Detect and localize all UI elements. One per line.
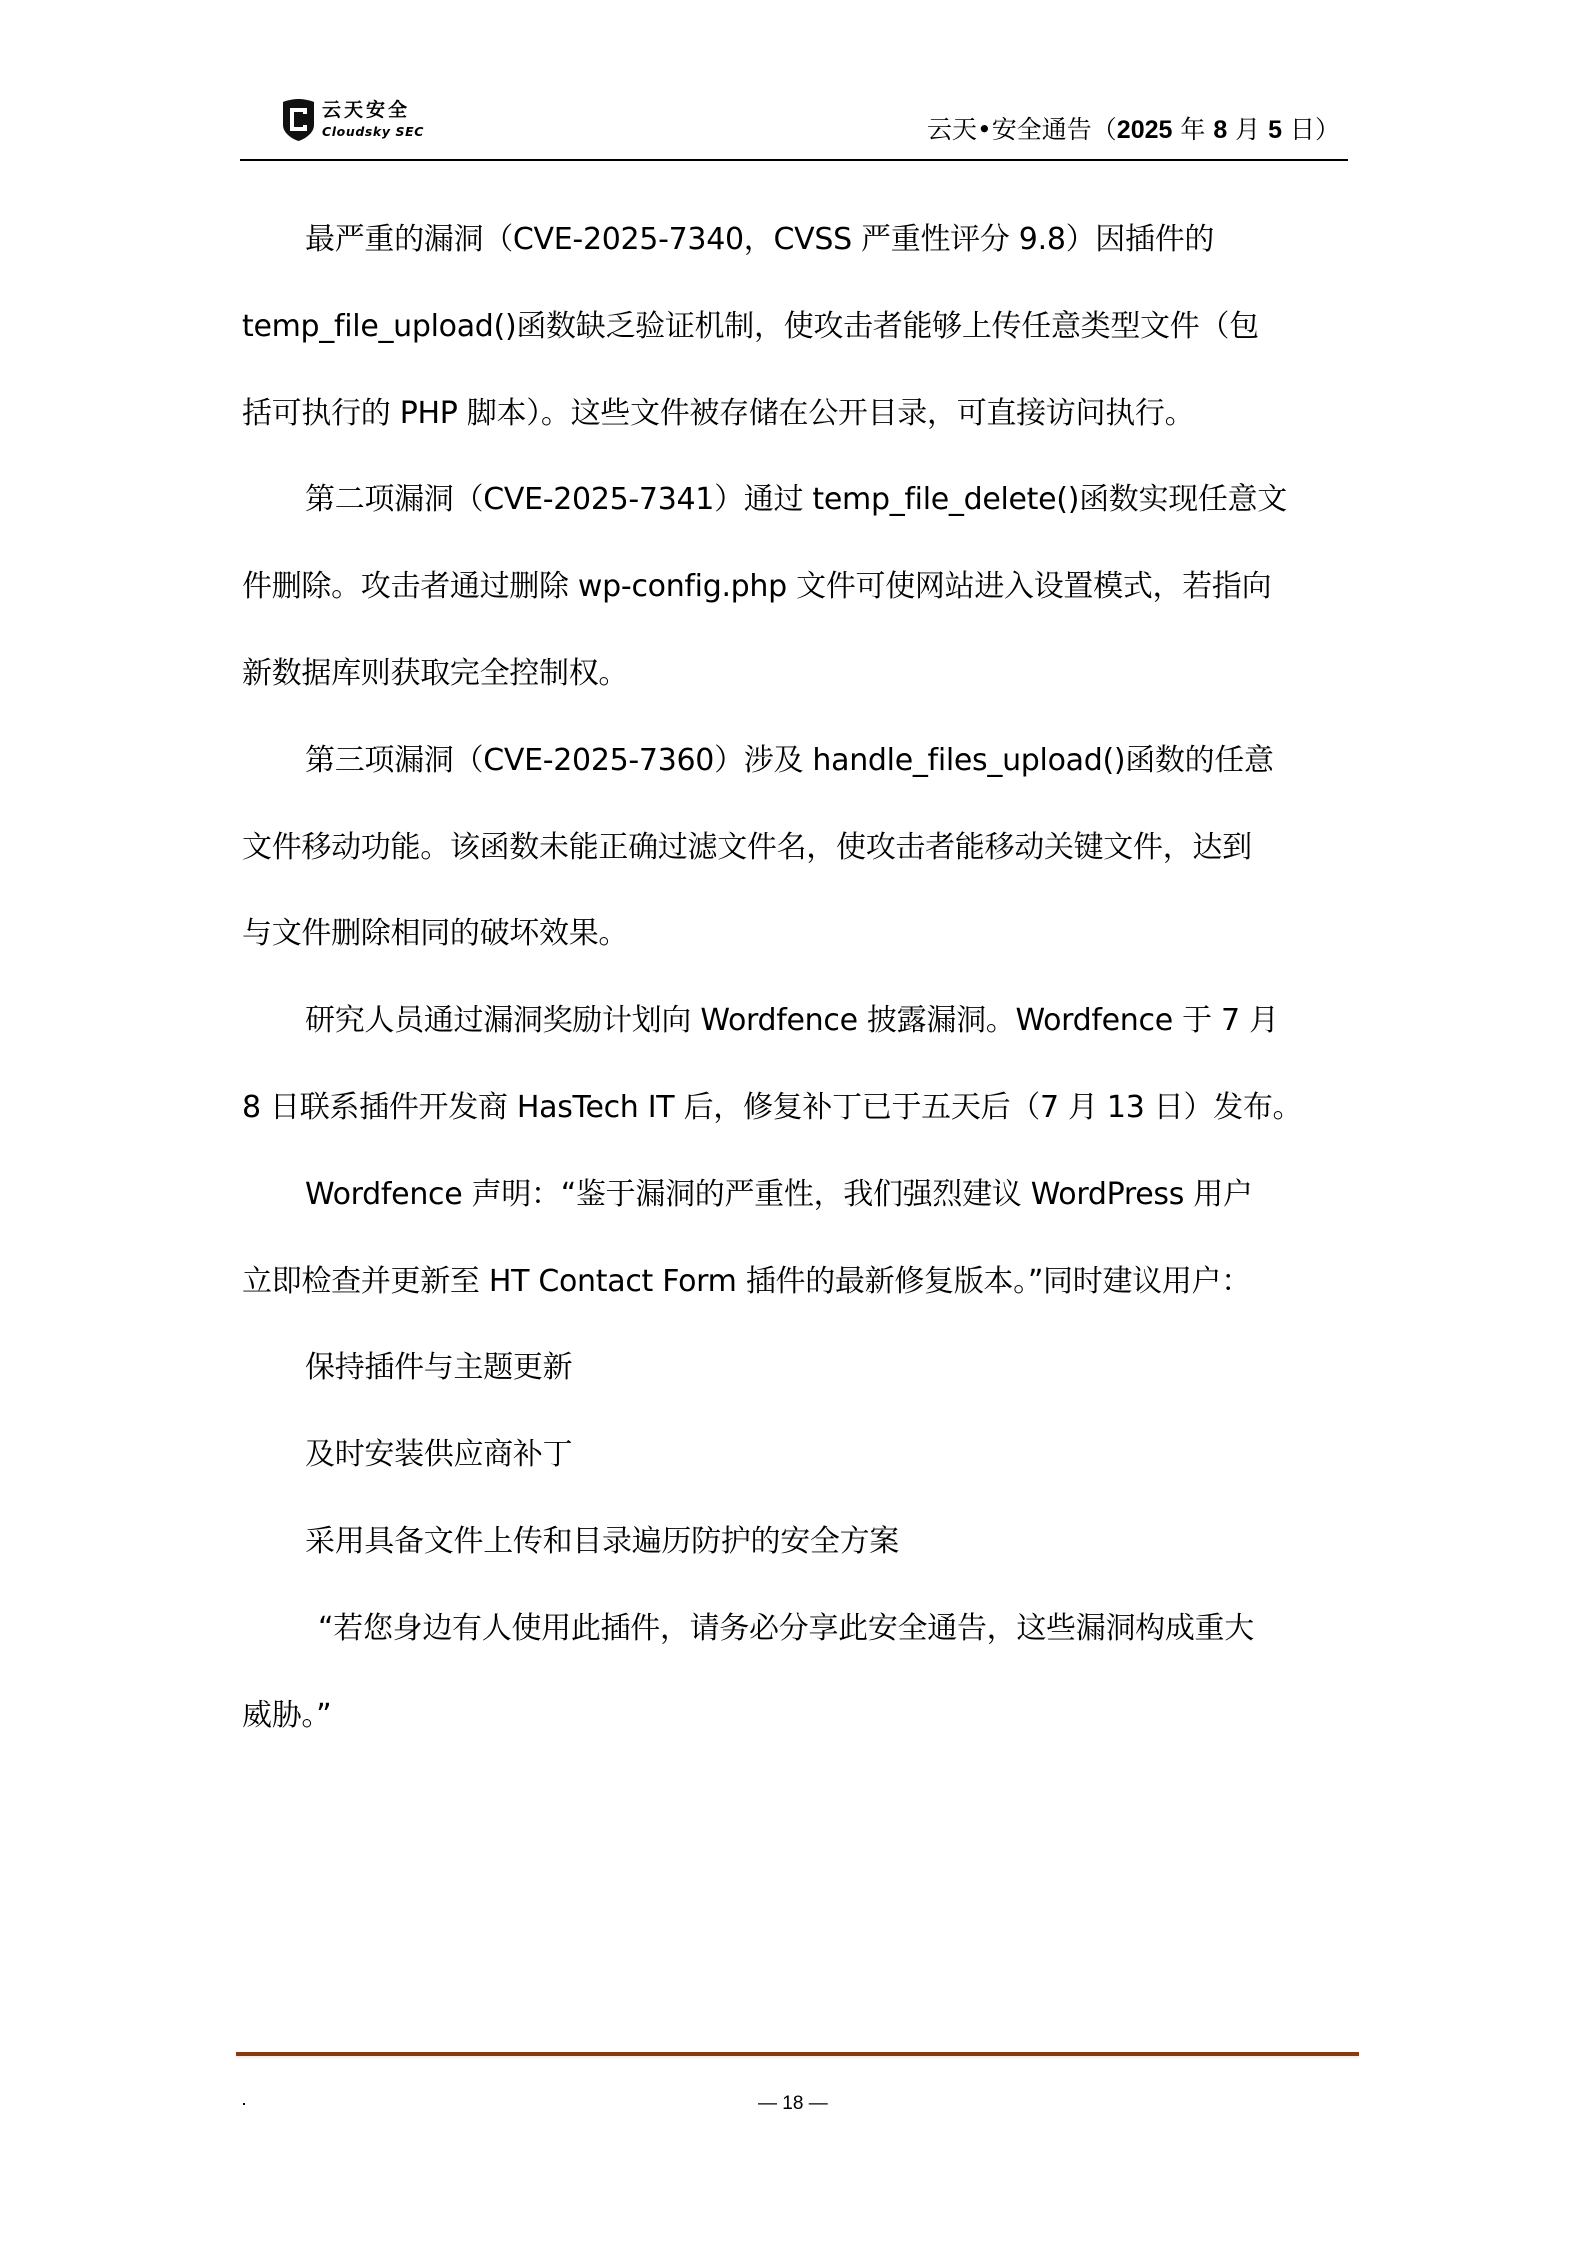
bulletin-title: 云天•安全通告（2025 年 8 月 5 日） [927,114,1340,146]
recommendation-item: 采用具备文件上传和目录遍历防护的安全方案 [305,1522,1405,1562]
title-month: 8 [1213,116,1227,144]
text-line: 括可执行的 PHP 脚本）。这些文件被存储在公开目录，可直接访问执行。 [242,394,1342,434]
footer-divider [236,2052,1359,2056]
logo-name-cn: 云天安全 [322,99,410,121]
text-line: 新数据库则获取完全控制权。 [242,654,1342,694]
recommendation-item: 保持插件与主题更新 [305,1348,1405,1388]
title-prefix: 云天•安全通告（ [927,115,1117,144]
footer-marker [243,2103,245,2105]
title-year: 2025 [1117,116,1173,144]
text-line: 第二项漏洞（CVE-2025-7341）通过 temp_file_delete(… [305,480,1405,520]
recommendation-item: 及时安装供应商补丁 [305,1435,1405,1475]
text-line: 最严重的漏洞（CVE-2025-7340，CVSS 严重性评分 9.8）因插件的 [305,220,1405,260]
cloudsky-logo: 云天安全 Cloudsky SEC [283,99,423,143]
text-line: 与文件删除相同的破坏效果。 [242,914,1342,954]
text-line: 第三项漏洞（CVE-2025-7360）涉及 handle_files_uplo… [305,741,1405,781]
document-page: 云天安全 Cloudsky SEC 云天•安全通告（2025 年 8 月 5 日… [0,0,1587,2245]
text-line: “若您身边有人使用此插件，请务必分享此安全通告，这些漏洞构成重大 [318,1609,1418,1649]
text-line: Wordfence 声明：“鉴于漏洞的严重性，我们强烈建议 WordPress … [305,1175,1405,1215]
text-line: temp_file_upload()函数缺乏验证机制，使攻击者能够上传任意类型文… [242,307,1342,347]
text-line: 8 日联系插件开发商 HasTech IT 后，修复补丁已于五天后（7 月 13… [242,1088,1342,1128]
header-divider [240,159,1348,161]
text-line: 立即检查并更新至 HT Contact Form 插件的最新修复版本。”同时建议… [242,1262,1342,1302]
title-month-unit: 月 [1227,115,1268,144]
text-line: 件删除。攻击者通过删除 wp-config.php 文件可使网站进入设置模式，若… [242,567,1342,607]
shield-c-icon [283,99,314,141]
title-day: 5 [1268,116,1282,144]
page-number: — 18 — [758,2092,828,2116]
text-line: 威胁。” [242,1696,1342,1736]
text-line: 文件移动功能。该函数未能正确过滤文件名，使攻击者能移动关键文件，达到 [242,828,1342,868]
title-year-unit: 年 [1172,115,1213,144]
logo-name-en: Cloudsky SEC [322,124,424,140]
text-line: 研究人员通过漏洞奖励计划向 Wordfence 披露漏洞。Wordfence 于… [305,1001,1405,1041]
title-suffix: 日） [1282,115,1340,144]
